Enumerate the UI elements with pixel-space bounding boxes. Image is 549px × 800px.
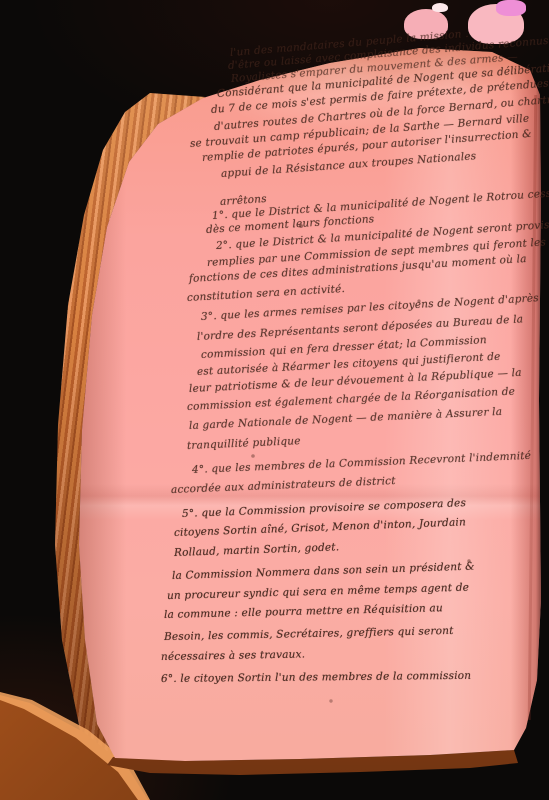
text-line: 6°. le citoyen Sortin l'un des membres d… <box>161 670 471 685</box>
text-line: accordée aux administrateurs de district <box>171 475 396 496</box>
ink-specks <box>0 0 2 2</box>
text-line: Rollaud, martin Sortin, godet. <box>174 541 340 559</box>
text-line: nécessaires à ses travaux. <box>161 648 305 663</box>
text-line: la Commission Nommera dans son sein un p… <box>172 560 475 582</box>
text-line: Besoin, les commis, Secrétaires, greffie… <box>164 625 454 643</box>
text-line: tranquillité publique <box>187 435 301 452</box>
manuscript-text: l'un des mandataires du peuple la missio… <box>0 0 549 800</box>
photo-stage: l'un des mandataires du peuple la missio… <box>0 0 549 800</box>
text-line: un procureur syndic qui sera en même tem… <box>167 582 469 602</box>
text-line: arrêtons <box>220 193 268 208</box>
text-line: citoyens Sortin aîné, Grisot, Menon d'in… <box>174 516 466 539</box>
text-line: la commune : elle pourra mettre en Réqui… <box>164 602 443 621</box>
text-line: 5°. que la Commission provisoire se comp… <box>182 497 467 520</box>
text-line: constitution sera en activité. <box>187 283 346 304</box>
text-line: 4°. que les membres de la Commission Rec… <box>192 450 532 476</box>
